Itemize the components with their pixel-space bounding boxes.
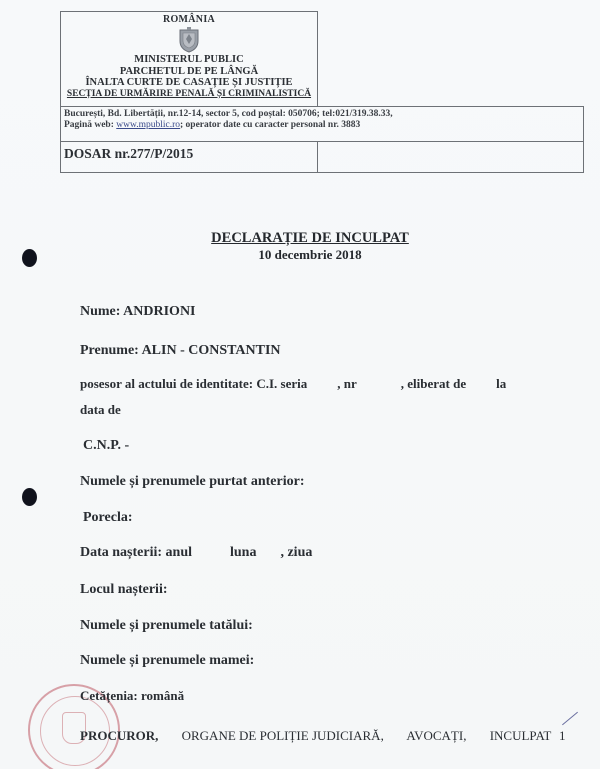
field-father-name: Numele și prenumele tatălui: bbox=[80, 618, 253, 634]
header-country: ROMÂNIA bbox=[61, 14, 317, 25]
footer-item-police: ORGANE DE POLIȚIE JUDICIARĂ, bbox=[182, 728, 384, 743]
footer-signatories: PROCUROR, ORGANE DE POLIȚIE JUDICIARĂ, A… bbox=[80, 728, 571, 744]
header-institution-line: MINISTERUL PUBLIC bbox=[61, 54, 317, 66]
field-birth-place: Locul nașterii: bbox=[80, 582, 168, 598]
field-birth-date: Data nașterii: anulluna, ziua bbox=[80, 545, 312, 561]
dosar-empty-cell bbox=[318, 142, 583, 172]
romania-coat-of-arms-icon bbox=[178, 27, 200, 53]
birth-year-label: Data nașterii: anul bbox=[80, 545, 192, 560]
field-nume: Nume: ANDRIONI bbox=[80, 304, 196, 320]
field-nickname: Porecla: bbox=[83, 510, 133, 526]
field-previous-name: Numele și prenumele purtat anterior: bbox=[80, 474, 304, 490]
dosar-number: DOSAR nr.277/P/2015 bbox=[61, 142, 318, 172]
web-link[interactable]: www.mpublic.ro bbox=[116, 120, 180, 130]
field-cnp: C.N.P. - bbox=[83, 438, 129, 454]
web-suffix: ; operator date cu caracter personal nr.… bbox=[180, 120, 360, 130]
punch-hole bbox=[22, 488, 37, 506]
id-issued-label: , eliberat de bbox=[401, 376, 466, 391]
footer-item-prosecutor: PROCUROR, bbox=[80, 728, 158, 743]
header-institution-line: PARCHETUL DE PE LÂNGĂ bbox=[61, 66, 317, 78]
address-row: București, Bd. Libertății, nr.12-14, sec… bbox=[61, 107, 583, 142]
header-institution-box: ROMÂNIA MINISTERUL PUBLIC PARCHETUL DE P… bbox=[60, 11, 318, 107]
web-label: Pagină web: bbox=[64, 120, 116, 130]
page-number: 1 bbox=[559, 728, 566, 744]
field-issue-date: data de bbox=[80, 402, 121, 418]
pen-signature-mark bbox=[562, 712, 578, 726]
dosar-row: DOSAR nr.277/P/2015 bbox=[61, 142, 583, 172]
header-section: SECȚIA DE URMĂRIRE PENALĂ ȘI CRIMINALIST… bbox=[61, 89, 317, 99]
id-label: posesor al actului de identitate: C.I. s… bbox=[80, 376, 307, 391]
document-date: 10 decembrie 2018 bbox=[0, 247, 600, 263]
header-address-box: București, Bd. Libertății, nr.12-14, sec… bbox=[60, 106, 584, 173]
field-mother-name: Numele și prenumele mamei: bbox=[80, 653, 254, 669]
id-at-label: la bbox=[496, 376, 506, 391]
id-nr-label: , nr bbox=[337, 376, 357, 391]
field-identity-document: posesor al actului de identitate: C.I. s… bbox=[80, 376, 506, 392]
header-institution-line: ÎNALTA CURTE DE CASAȚIE ȘI JUSTIȚIE bbox=[61, 77, 317, 89]
address-line: București, Bd. Libertății, nr.12-14, sec… bbox=[64, 109, 583, 120]
document-page: ROMÂNIA MINISTERUL PUBLIC PARCHETUL DE P… bbox=[0, 0, 600, 769]
birth-day-label: , ziua bbox=[280, 545, 312, 560]
birth-month-label: luna bbox=[230, 545, 256, 560]
footer-item-defendant: INCULPAT bbox=[490, 728, 552, 743]
document-title: DECLARAȚIE DE INCULPAT bbox=[0, 230, 600, 247]
field-citizenship: Cetățenia: română bbox=[80, 688, 184, 704]
field-prenume: Prenume: ALIN - CONSTANTIN bbox=[80, 343, 281, 359]
web-line: Pagină web: www.mpublic.ro; operator dat… bbox=[64, 120, 583, 131]
footer-item-lawyers: AVOCAȚI, bbox=[406, 728, 466, 743]
